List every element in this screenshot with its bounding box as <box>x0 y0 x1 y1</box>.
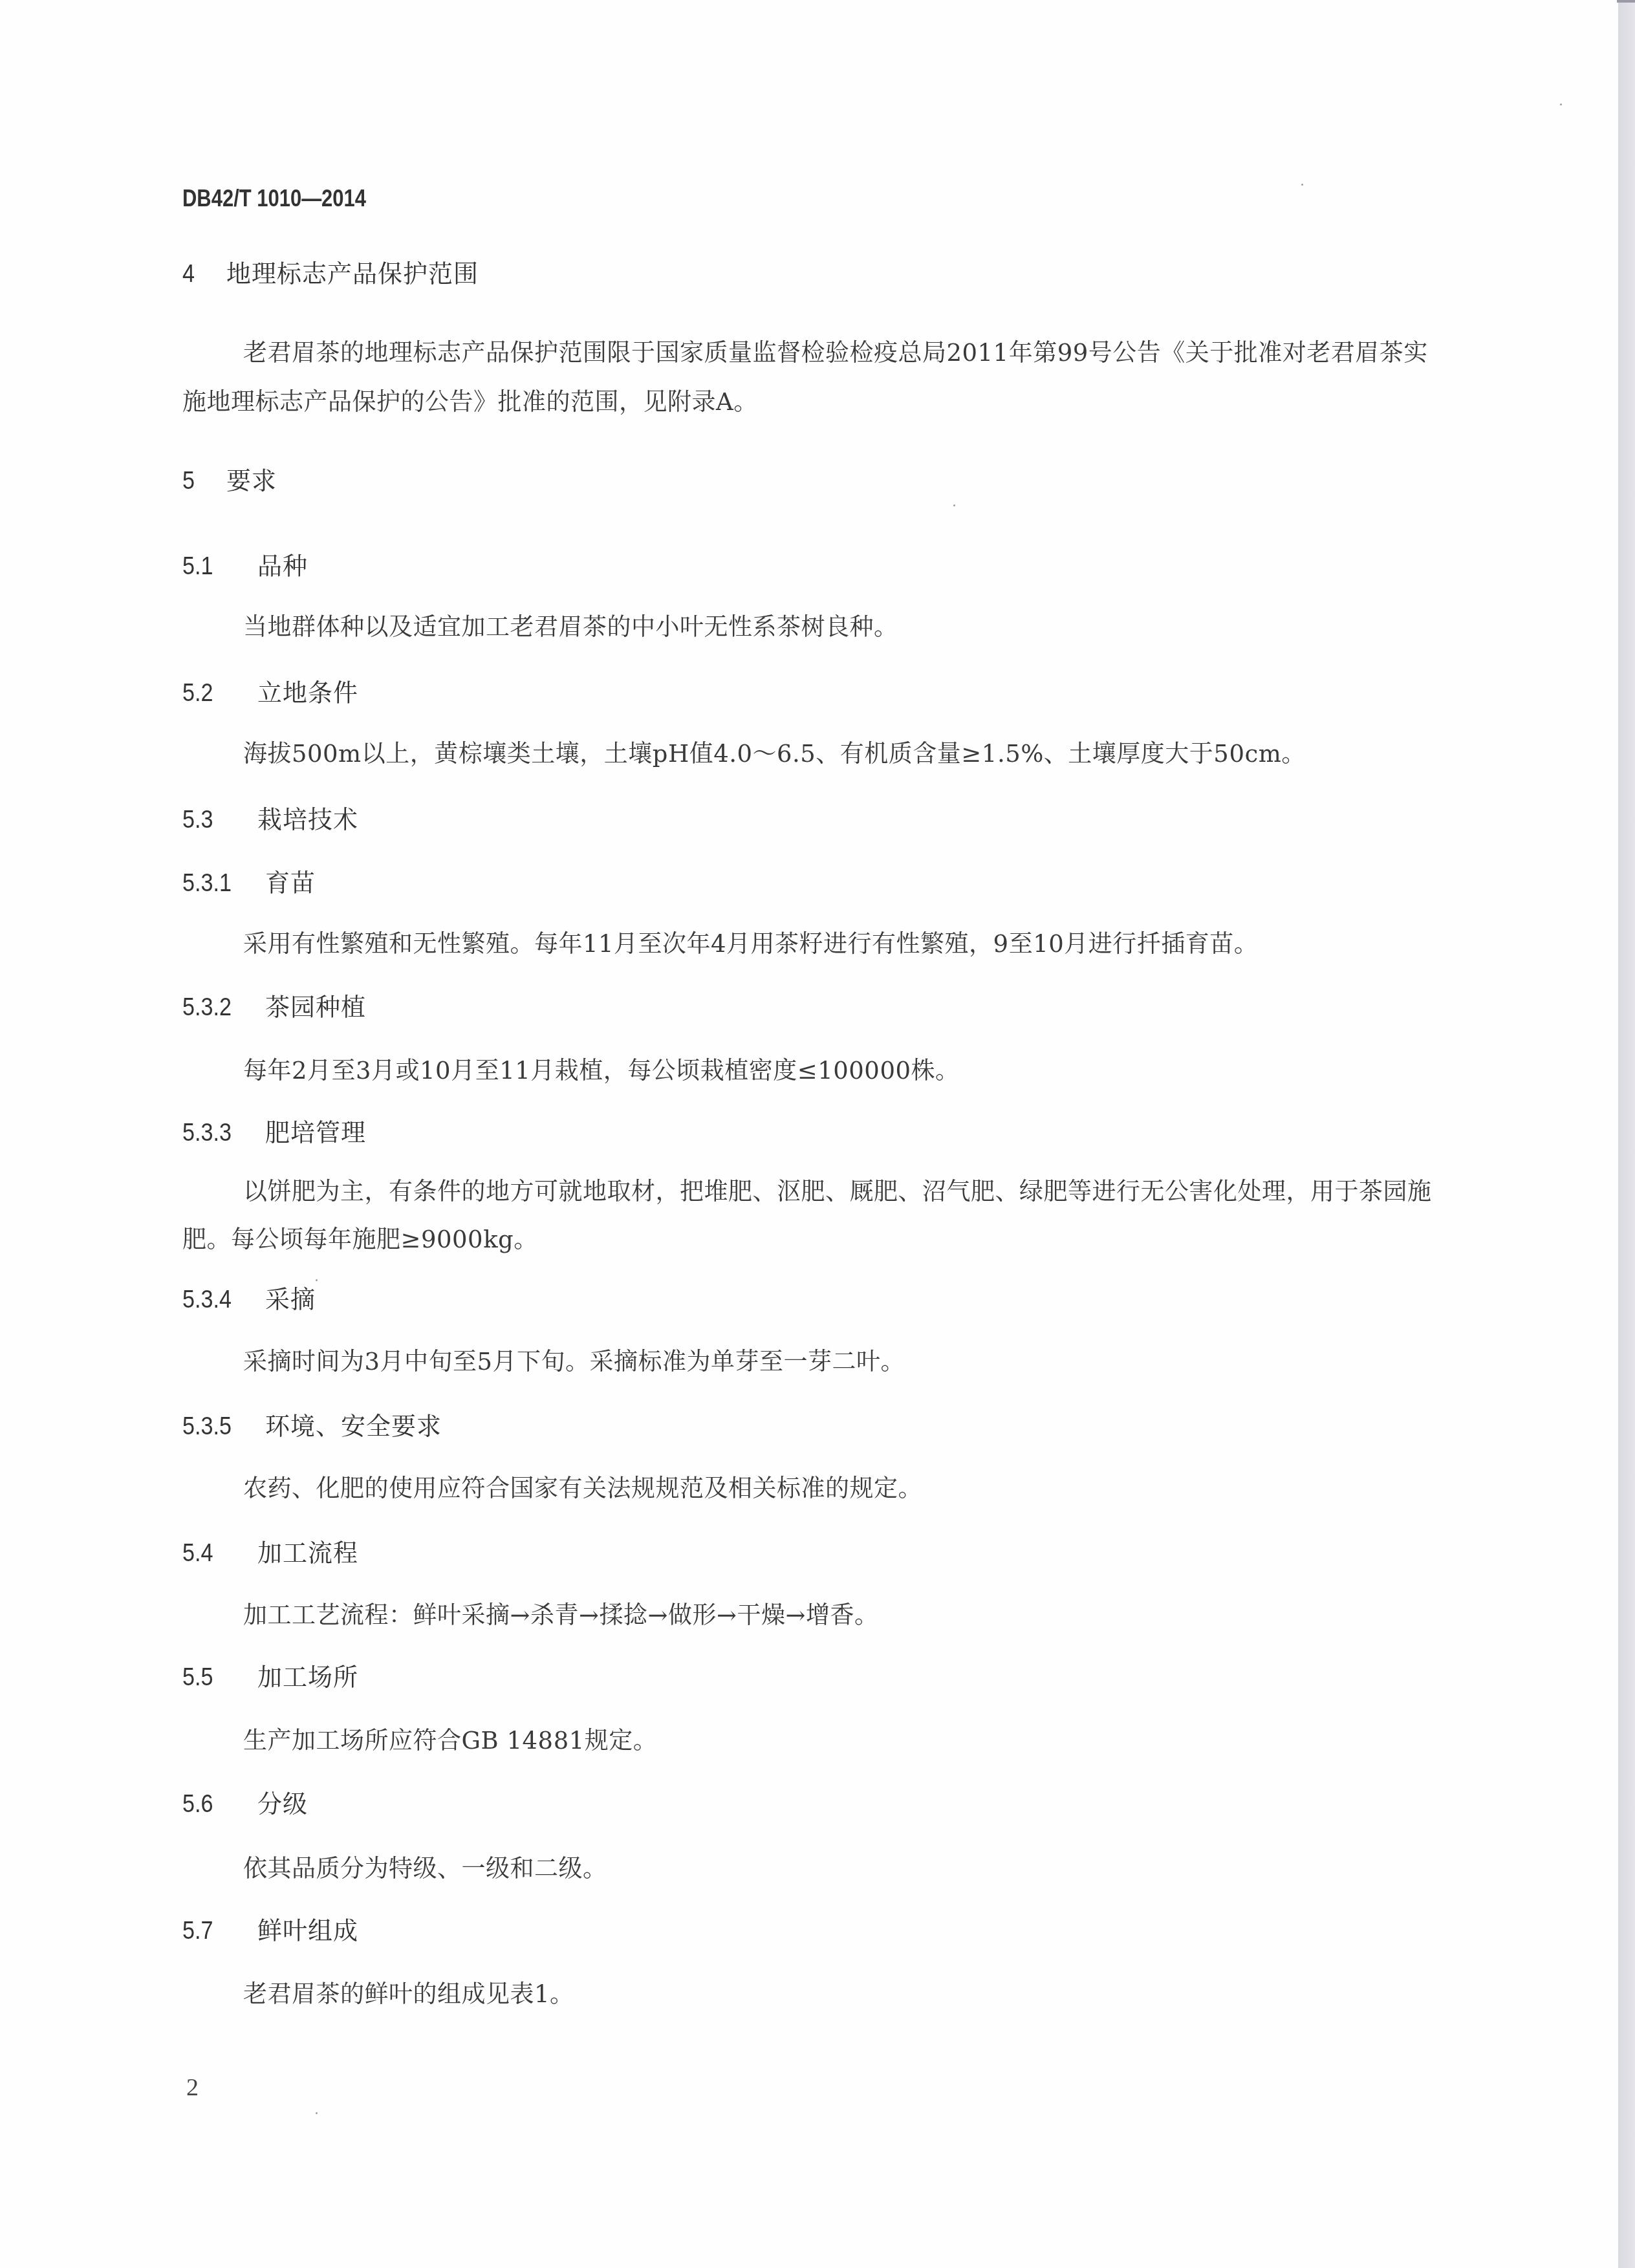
section-body-5-4: 加工工艺流程：鲜叶采摘→杀青→揉捻→做形→干燥→增香。 <box>182 1591 1450 1640</box>
section-title: 加工流程 <box>257 1533 358 1568</box>
page-number: 2 <box>186 2073 199 2102</box>
section-body-5-5: 生产加工场所应符合GB 14881规定。 <box>182 1716 1450 1766</box>
section-number: 5.3.2 <box>182 994 236 1022</box>
section-title: 育苗 <box>265 863 316 898</box>
section-body-5-3-2: 每年2月至3月或10月至11月栽植，每公顷栽植密度≤100000株。 <box>182 1046 1450 1096</box>
section-number: 5.7 <box>182 1917 250 1945</box>
section-number: 5 <box>182 468 222 495</box>
section-heading-5-3-1: 5.3.1 育苗 <box>182 863 316 898</box>
section-body-5-3-4: 采摘时间为3月中旬至5月下旬。采摘标准为单芽至一芽二叶。 <box>182 1337 1450 1387</box>
section-heading-5-4: 5.4 加工流程 <box>182 1533 358 1568</box>
section-number: 5.1 <box>182 553 250 581</box>
section-title: 栽培技术 <box>257 799 358 835</box>
section-heading-5-5: 5.5 加工场所 <box>182 1657 358 1692</box>
section-title: 加工场所 <box>257 1657 358 1692</box>
section-number: 5.6 <box>182 1791 250 1819</box>
section-body-5-3-3: 以饼肥为主，有条件的地方可就地取材，把堆肥、沤肥、厩肥、沼气肥、绿肥等进行无公害… <box>182 1168 1450 1264</box>
section-title: 要求 <box>226 460 277 496</box>
section-title: 茶园种植 <box>265 987 366 1022</box>
section-heading-5-3-3: 5.3.3 肥培管理 <box>182 1112 366 1148</box>
section-number: 5.5 <box>182 1664 250 1692</box>
section-title: 环境、安全要求 <box>265 1406 442 1442</box>
section-heading-5-3-4: 5.3.4 采摘 <box>182 1279 316 1315</box>
document-code-header: DB42/T 1010—2014 <box>182 185 366 212</box>
section-title: 鲜叶组成 <box>257 1910 358 1946</box>
scan-speck <box>316 2112 318 2114</box>
section-title: 地理标志产品保护范围 <box>226 254 479 289</box>
scan-speck <box>1560 103 1562 105</box>
section-body-5-6: 依其品质分为特级、一级和二级。 <box>182 1844 1450 1894</box>
section-number: 4 <box>182 261 222 288</box>
section-number: 5.2 <box>182 680 250 707</box>
section-heading-5-3-5: 5.3.5 环境、安全要求 <box>182 1406 442 1442</box>
section-title: 品种 <box>257 546 308 581</box>
section-heading-5-1: 5.1 品种 <box>182 546 308 581</box>
section-title: 采摘 <box>265 1279 316 1315</box>
section-heading-5-3: 5.3 栽培技术 <box>182 799 358 835</box>
section-heading-4: 4 地理标志产品保护范围 <box>182 254 479 289</box>
section-heading-5-6: 5.6 分级 <box>182 1784 308 1819</box>
scanner-edge <box>1618 0 1635 2268</box>
scan-speck <box>1301 184 1303 186</box>
section-heading-5-3-2: 5.3.2 茶园种植 <box>182 987 366 1022</box>
section-body-5-3-5: 农药、化肥的使用应符合国家有关法规规范及相关标准的规定。 <box>182 1464 1450 1513</box>
section-body-5-7: 老君眉茶的鲜叶的组成见表1。 <box>182 1970 1450 2019</box>
section-number: 5.3.4 <box>182 1286 236 1314</box>
section-title: 立地条件 <box>257 673 358 708</box>
document-page: DB42/T 1010—2014 4 地理标志产品保护范围 老君眉茶的地理标志产… <box>0 0 1618 2268</box>
section-heading-5-7: 5.7 鲜叶组成 <box>182 1910 358 1946</box>
section-number: 5.3 <box>182 806 250 834</box>
section-body-5-2: 海拔500m以上，黄棕壤类土壤，土壤pH值4.0～6.5、有机质含量≥1.5%、… <box>182 729 1450 779</box>
scan-speck <box>953 504 955 506</box>
section-number: 5.3.5 <box>182 1413 236 1441</box>
section-number: 5.3.1 <box>182 870 236 898</box>
section-body-5-3-1: 采用有性繁殖和无性繁殖。每年11月至次年4月用茶籽进行有性繁殖，9至10月进行扦… <box>182 920 1450 969</box>
section-body-4: 老君眉茶的地理标志产品保护范围限于国家质量监督检验检疫总局2011年第99号公告… <box>182 329 1450 427</box>
section-heading-5: 5 要求 <box>182 460 277 496</box>
section-number: 5.3.3 <box>182 1119 236 1147</box>
section-heading-5-2: 5.2 立地条件 <box>182 673 358 708</box>
scanner-edge-top <box>1617 0 1635 3</box>
section-number: 5.4 <box>182 1540 250 1568</box>
section-body-5-1: 当地群体种以及适宜加工老君眉茶的中小叶无性系茶树良种。 <box>182 603 1450 652</box>
scan-speck <box>316 1279 318 1281</box>
section-title: 分级 <box>257 1784 308 1819</box>
section-title: 肥培管理 <box>265 1112 366 1148</box>
